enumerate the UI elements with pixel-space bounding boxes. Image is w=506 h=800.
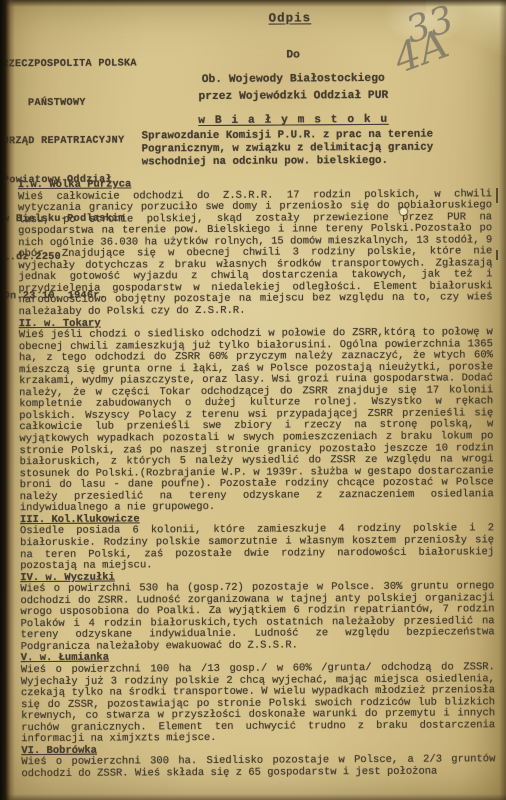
page-right-edge-shadow bbox=[499, 0, 506, 800]
subject-paragraph: Sprawozdanie Komisji P.U.R. z prac na te… bbox=[142, 128, 489, 170]
section-body-1: Wieś całkowicie odchodzi do Z.S.R.R. 17 … bbox=[18, 189, 493, 319]
addressee-line: przez Wojewódzki Oddział PUR bbox=[168, 90, 418, 105]
typewritten-content: Odpis RZECZPOSPOLITA POLSKA PAŃSTWOWY UR… bbox=[0, 0, 506, 800]
section-body-3: Osiedle posiada 6 kolonii, które zamiesz… bbox=[20, 524, 494, 573]
addressee-to-label: Do bbox=[168, 49, 418, 64]
section-body-4: Wieś o powirzchni 530 ha (gosp.72) pozos… bbox=[20, 581, 494, 653]
section-body-2: Wieś jeśli chodzi o siedlisko odchodzi w… bbox=[19, 327, 494, 515]
margin-tick-mark bbox=[496, 250, 498, 260]
section-body-6: Wieś o powierzchni 300 ha. Siedlisko poz… bbox=[21, 755, 495, 781]
addressee-block: Do Ob. Wojewody Białostockiego przez Woj… bbox=[168, 49, 418, 129]
paper-speck bbox=[400, 208, 407, 215]
addressee-line: Ob. Wojewody Białostockiego bbox=[168, 73, 418, 88]
section-body-5: Wieś o powierzchni 100 ha /13 gosp./ w 6… bbox=[21, 662, 495, 746]
book-binding-shadow bbox=[0, 0, 15, 800]
addressee-city: w B i a ł y m s t o k u bbox=[198, 114, 389, 128]
stamp-line: URZĄD REPATRIACYJNY bbox=[3, 136, 138, 150]
stamp-line: RZECZPOSPOLITA POLSKA bbox=[2, 58, 137, 72]
stamp-line: PAŃSTWOWY bbox=[2, 97, 137, 111]
copy-title: Odpis bbox=[170, 11, 410, 26]
report-body: I.w. Wólka Purzyca Wieś całkowicie odcho… bbox=[18, 177, 496, 780]
scanned-document-page: 33 4A Odpis RZECZPOSPOLITA POLSKA PAŃSTW… bbox=[0, 0, 506, 800]
page-bottom-edge-shadow bbox=[0, 794, 506, 800]
handwritten-archive-numbers: 33 4A bbox=[406, 6, 453, 71]
margin-tick-mark bbox=[496, 188, 498, 203]
